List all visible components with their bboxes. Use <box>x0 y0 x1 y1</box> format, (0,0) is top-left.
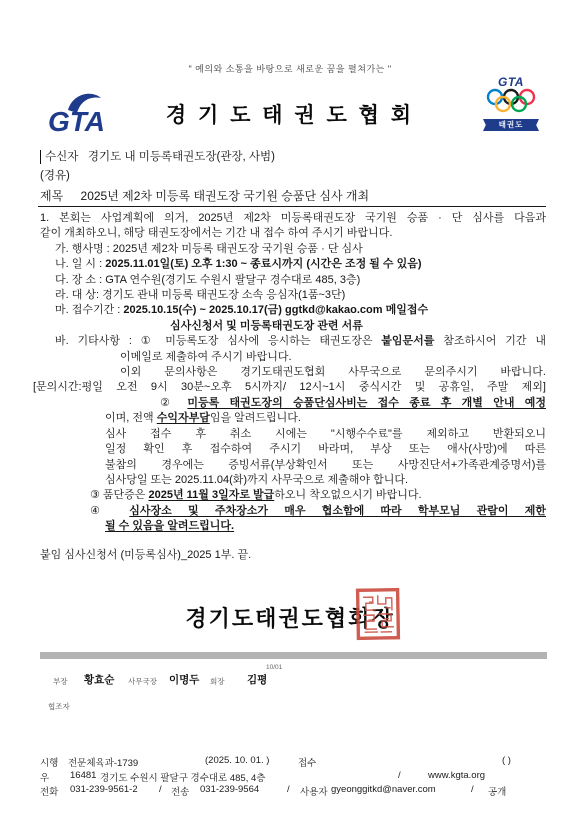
approver-1-name: 황효순 <box>84 672 114 687</box>
item-ba-line-1: 바. 기타사항 : ① 미등록도장 심사에 응시하는 태권도장은 붙임문서를 참… <box>0 334 580 349</box>
note-4-line-2: 될 수 있음을 알려드립니다. <box>0 519 580 534</box>
website-text: www.kgta.org <box>428 770 485 781</box>
item-ma-documents: 심사신청서 및 미등록태권도장 관련 서류 <box>0 319 580 334</box>
note-2-line-1: ② 미등록 태권도장의 승품단심사비는 접수 종료 후 개별 안내 예정 <box>0 396 580 411</box>
item-da-place: 다. 장 소 : GTA 연수원(경기도 수원시 팔달구 경수대로 485, 3… <box>0 273 580 288</box>
paragraph-1-line-1: 1. 본회는 사업계획에 의거, 2025년 제2차 미등록태권도장 국기원 승… <box>0 211 580 226</box>
official-document-page: " 예의와 소통을 바탕으로 새로운 꿈을 펼쳐가는 " GTA 경 기 도 태… <box>0 0 580 829</box>
item-ma-period: 마. 접수기간 : 2025.10.15(수) ~ 2025.10.17(금) … <box>0 303 580 318</box>
user-label: 사용자 <box>300 784 328 798</box>
via-line: (경유) <box>40 167 70 183</box>
enforce-label: 시행 <box>40 755 58 769</box>
fax-number: 031-239-9564 <box>200 784 259 795</box>
approver-2-title: 사무국장 <box>128 676 157 687</box>
document-body: 1. 본회는 사업계획에 의거, 2025년 제2차 미등록태권도장 국기원 승… <box>0 211 580 563</box>
paragraph-1-line-2: 같이 개최하오니, 해당 태권도장에서는 기간 내 접수 하여 주시기 바랍니다… <box>0 226 580 241</box>
recipient-label: 수신자 <box>45 151 78 163</box>
approver-1-title: 부장 <box>53 676 68 687</box>
email-text: gyeonggitkd@naver.com <box>331 784 436 795</box>
zip-code: 16481 <box>70 770 96 781</box>
approver-3-title: 회장 <box>210 676 225 687</box>
footer-divider-bar <box>40 652 547 659</box>
open-label: 공개 <box>488 784 506 798</box>
footer-slash-4: / <box>471 784 474 795</box>
inquiry-hours-line: [문의시간:평일 오전 9시 30분~오후 5시까지/ 12시~1시 중식시간 … <box>0 380 580 395</box>
approver-3-name: 김평 <box>247 672 267 687</box>
olympic-rings-icon <box>483 88 539 113</box>
item-ba-line-2: 이메일로 제출하여 주시기 바랍니다. <box>0 350 580 365</box>
note-2-line-6: 심사당일 또는 2025.11.04(화)까지 사무국으로 제출해야 합니다. <box>0 473 580 488</box>
footer-slash-2: / <box>159 784 162 795</box>
subject-line: 제목 2025년 제2차 미등록 태권도장 국기원 승품단 심사 개최 <box>40 187 369 204</box>
footer-slash-3: / <box>287 784 290 795</box>
official-seal-stamp <box>356 588 401 641</box>
subject-label: 제목 <box>40 189 63 203</box>
receipt-blank: ( ) <box>502 755 511 766</box>
zip-label: 우 <box>40 770 49 784</box>
note-3-line: ③ 품단증은 2025년 11월 3일자로 발급하오니 착오없으시기 바랍니다. <box>0 488 580 503</box>
approval-date-note: 10/01 <box>266 664 282 671</box>
recipient-value: 경기도 내 미등록태권도장(관장, 사범) <box>88 151 275 163</box>
taekwondo-ribbon: 태권도 <box>483 119 539 131</box>
cooperator-label: 협조자 <box>48 701 70 712</box>
gta-small-text: GTA <box>478 76 544 88</box>
note-2-line-3: 심사 접수 후 취소 시에는 "시행수수료"를 제외하고 반환되오니 <box>0 427 580 442</box>
gta-olympic-logo: GTA 태권도 <box>478 76 544 131</box>
note-2-line-4: 일정 확인 후 접수하여 주시기 바라며, 부상 또는 애사(사망)에 따른 <box>0 442 580 457</box>
chairman-signature-title: 경기도태권도협회장 <box>0 602 580 633</box>
note-2-line-5: 불참의 경우에는 증빙서류(부상확인서 또는 사망진단서+가족관계증명서)를 <box>0 458 580 473</box>
note-4-line-1: ④ 심사장소 및 주차장소가 매우 협소함에 따라 학부모님 관람이 제한 <box>0 504 580 519</box>
header-slogan: " 예의와 소통을 바탕으로 새로운 꿈을 펼쳐가는 " <box>0 62 580 75</box>
recipient-line: 수신자 경기도 내 미등록태권도장(관장, 사범) <box>40 150 275 164</box>
receipt-label: 접수 <box>298 755 316 769</box>
item-na-date: 나. 일 시 : 2025.11.01일(토) 오후 1:30 ~ 종료시까지 … <box>0 257 580 272</box>
item-ga-event-name: 가. 행사명 : 2025년 제2차 미등록 태권도장 국기원 승품 · 단 심… <box>0 242 580 257</box>
subject-value: 2025년 제2차 미등록 태권도장 국기원 승품단 심사 개최 <box>81 189 370 203</box>
seal-icon <box>356 588 401 641</box>
enforce-date: (2025. 10. 01. ) <box>205 755 269 766</box>
approver-2-name: 이명두 <box>169 672 199 687</box>
footer-slash-1: / <box>398 770 401 781</box>
tel-number: 031-239-9561-2 <box>70 784 138 795</box>
enforce-number: 전문체육과-1739 <box>68 755 138 769</box>
item-ra-target: 라. 대 상: 경기도 관내 미등록 태권도장 소속 응심자(1품~3단) <box>0 288 580 303</box>
item-ba-line-3: 이외 문의사항은 경기도태권도협회 사무국으로 문의주시기 바랍니다. <box>0 365 580 380</box>
address-text: 경기도 수원시 팔달구 경수대로 485, 4층 <box>100 770 265 784</box>
note-2-line-2: 이며, 전액 수익자부담임을 알려드립니다. <box>0 411 580 426</box>
subject-divider <box>38 206 546 207</box>
fax-label: 전송 <box>171 784 189 798</box>
tel-label: 전화 <box>40 784 58 798</box>
attachment-line: 붙임 심사신청서 (미등록심사)_2025 1부. 끝. <box>0 548 580 563</box>
